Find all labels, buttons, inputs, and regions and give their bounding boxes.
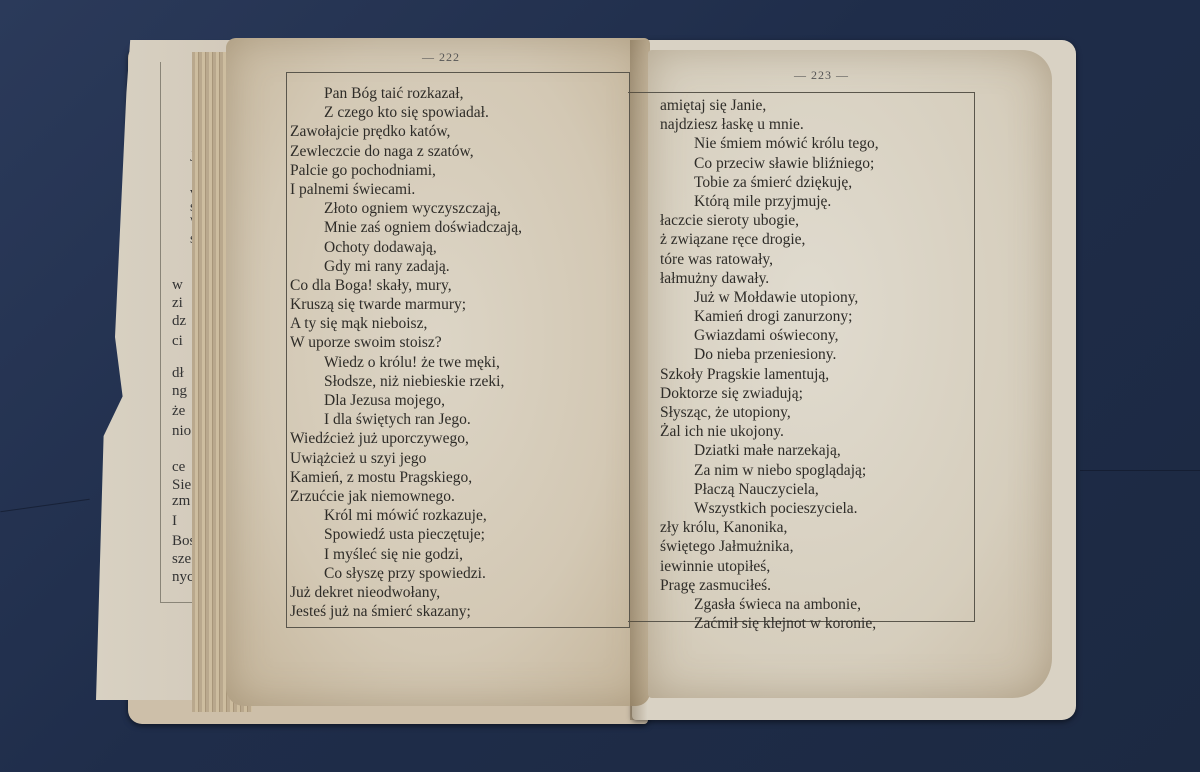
verse-line: Do nieba przeniesiony. bbox=[660, 345, 879, 364]
text-fragment: nyc bbox=[172, 570, 194, 585]
verse-line: Kamień, z mostu Pragskiego, bbox=[290, 468, 522, 487]
verse-line: Z czego kto się spowiadał. bbox=[290, 103, 522, 122]
verse-line: Kruszą się twarde marmury; bbox=[290, 295, 522, 314]
text-fragment: nio bbox=[172, 424, 191, 439]
verse-line: Spowiedź usta pieczętuje; bbox=[290, 525, 522, 544]
verse-line: najdziesz łaskę u mnie. bbox=[660, 115, 879, 134]
verse-line: Wiedz o królu! że twe męki, bbox=[290, 353, 522, 372]
verse-line: Już w Mołdawie utopiony, bbox=[660, 288, 879, 307]
verse-text: Pan Bóg taić rozkazał,Z czego kto się sp… bbox=[290, 84, 522, 621]
verse-line: Wiedźcież już uporczywego, bbox=[290, 429, 522, 448]
verse-line: I palnemi świecami. bbox=[290, 180, 522, 199]
verse-line: Zewleczcie do naga z szatów, bbox=[290, 142, 522, 161]
open-book: JvśWswzidzcidłngżenioceSiezmIBosszenyc —… bbox=[0, 0, 1200, 772]
verse-line: Za nim w niebo spoglądają; bbox=[660, 461, 879, 480]
verse-line: Gwiazdami oświecony, bbox=[660, 326, 879, 345]
verse-line: Pan Bóg taić rozkazał, bbox=[290, 84, 522, 103]
verse-line: amiętaj się Janie, bbox=[660, 96, 879, 115]
verse-line: I myśleć się nie godzi, bbox=[290, 545, 522, 564]
text-fragment: zi bbox=[172, 296, 183, 311]
verse-line: Dla Jezusa mojego, bbox=[290, 391, 522, 410]
text-fragment: że bbox=[172, 404, 185, 419]
text-fragment: ng bbox=[172, 384, 187, 399]
verse-line: Uwiążcież u szyi jego bbox=[290, 449, 522, 468]
verse-line: Którą mile przyjmuję. bbox=[660, 192, 879, 211]
text-fragment: ce bbox=[172, 460, 185, 475]
verse-line: ż związane ręce drogie, bbox=[660, 230, 879, 249]
verse-line: Zawołajcie prędko katów, bbox=[290, 122, 522, 141]
verse-line: iewinnie utopiłeś, bbox=[660, 557, 879, 576]
verse-line: tóre was ratowały, bbox=[660, 250, 879, 269]
verse-line: łałmużny dawały. bbox=[660, 269, 879, 288]
verse-line: Zrzućcie jak niemownego. bbox=[290, 487, 522, 506]
verse-line: Król mi mówić rozkazuje, bbox=[290, 506, 522, 525]
verse-line: Żal ich nie ukojony. bbox=[660, 422, 879, 441]
verse-line: Palcie go pochodniami, bbox=[290, 161, 522, 180]
text-fragment: zm bbox=[172, 494, 190, 509]
text-fragment: dł bbox=[172, 366, 184, 381]
text-fragment: I bbox=[172, 514, 177, 529]
text-fragment: sze bbox=[172, 552, 191, 567]
text-fragment: dz bbox=[172, 314, 186, 329]
page-number: — 222 bbox=[422, 50, 460, 65]
text-fragment: Sie bbox=[172, 478, 191, 493]
verse-line: zły królu, Kanonika, bbox=[660, 518, 879, 537]
verse-line: świętego Jałmużnika, bbox=[660, 537, 879, 556]
page-223: — 223 — amiętaj się Janie,najdziesz łask… bbox=[648, 50, 1052, 698]
spine-shadow bbox=[630, 40, 652, 720]
verse-line: Słysząc, że utopiony, bbox=[660, 403, 879, 422]
verse-line: Co dla Boga! skały, mury, bbox=[290, 276, 522, 295]
verse-line: Tobie za śmierć dziękuję, bbox=[660, 173, 879, 192]
verse-line: Już dekret nieodwołany, bbox=[290, 583, 522, 602]
verse-line: Złoto ogniem wyczyszczają, bbox=[290, 199, 522, 218]
text-fragment: w bbox=[172, 278, 183, 293]
verse-line: Co przeciw sławie bliźniego; bbox=[660, 154, 879, 173]
verse-line: Wszystkich pocieszyciela. bbox=[660, 499, 879, 518]
verse-line: Pragę zasmuciłeś. bbox=[660, 576, 879, 595]
verse-line: Gdy mi rany zadają. bbox=[290, 257, 522, 276]
verse-line: I dla świętych ran Jego. bbox=[290, 410, 522, 429]
verse-text: amiętaj się Janie,najdziesz łaskę u mnie… bbox=[660, 96, 879, 633]
verse-line: Mnie zaś ogniem doświadczają, bbox=[290, 218, 522, 237]
verse-line: Zgasła świeca na ambonie, bbox=[660, 595, 879, 614]
verse-line: Zaćmił się klejnot w koronie, bbox=[660, 614, 879, 633]
verse-line: Dziatki małe narzekają, bbox=[660, 441, 879, 460]
verse-line: Ochoty dodawają, bbox=[290, 238, 522, 257]
verse-line: Płaczą Nauczyciela, bbox=[660, 480, 879, 499]
page-number: — 223 — bbox=[794, 68, 849, 83]
page-222: — 222 Pan Bóg taić rozkazał,Z czego kto … bbox=[226, 38, 650, 706]
verse-line: Słodsze, niż niebieskie rzeki, bbox=[290, 372, 522, 391]
verse-line: Szkoły Pragskie lamentują, bbox=[660, 365, 879, 384]
verse-line: łaczcie sieroty ubogie, bbox=[660, 211, 879, 230]
verse-line: W uporze swoim stoisz? bbox=[290, 333, 522, 352]
verse-line: Doktorze się zwiadują; bbox=[660, 384, 879, 403]
verse-line: Co słyszę przy spowiedzi. bbox=[290, 564, 522, 583]
verse-line: Nie śmiem mówić królu tego, bbox=[660, 134, 879, 153]
verse-line: A ty się mąk nieboisz, bbox=[290, 314, 522, 333]
verse-line: Jesteś już na śmierć skazany; bbox=[290, 602, 522, 621]
verse-line: Kamień drogi zanurzony; bbox=[660, 307, 879, 326]
text-fragment: ci bbox=[172, 334, 183, 349]
